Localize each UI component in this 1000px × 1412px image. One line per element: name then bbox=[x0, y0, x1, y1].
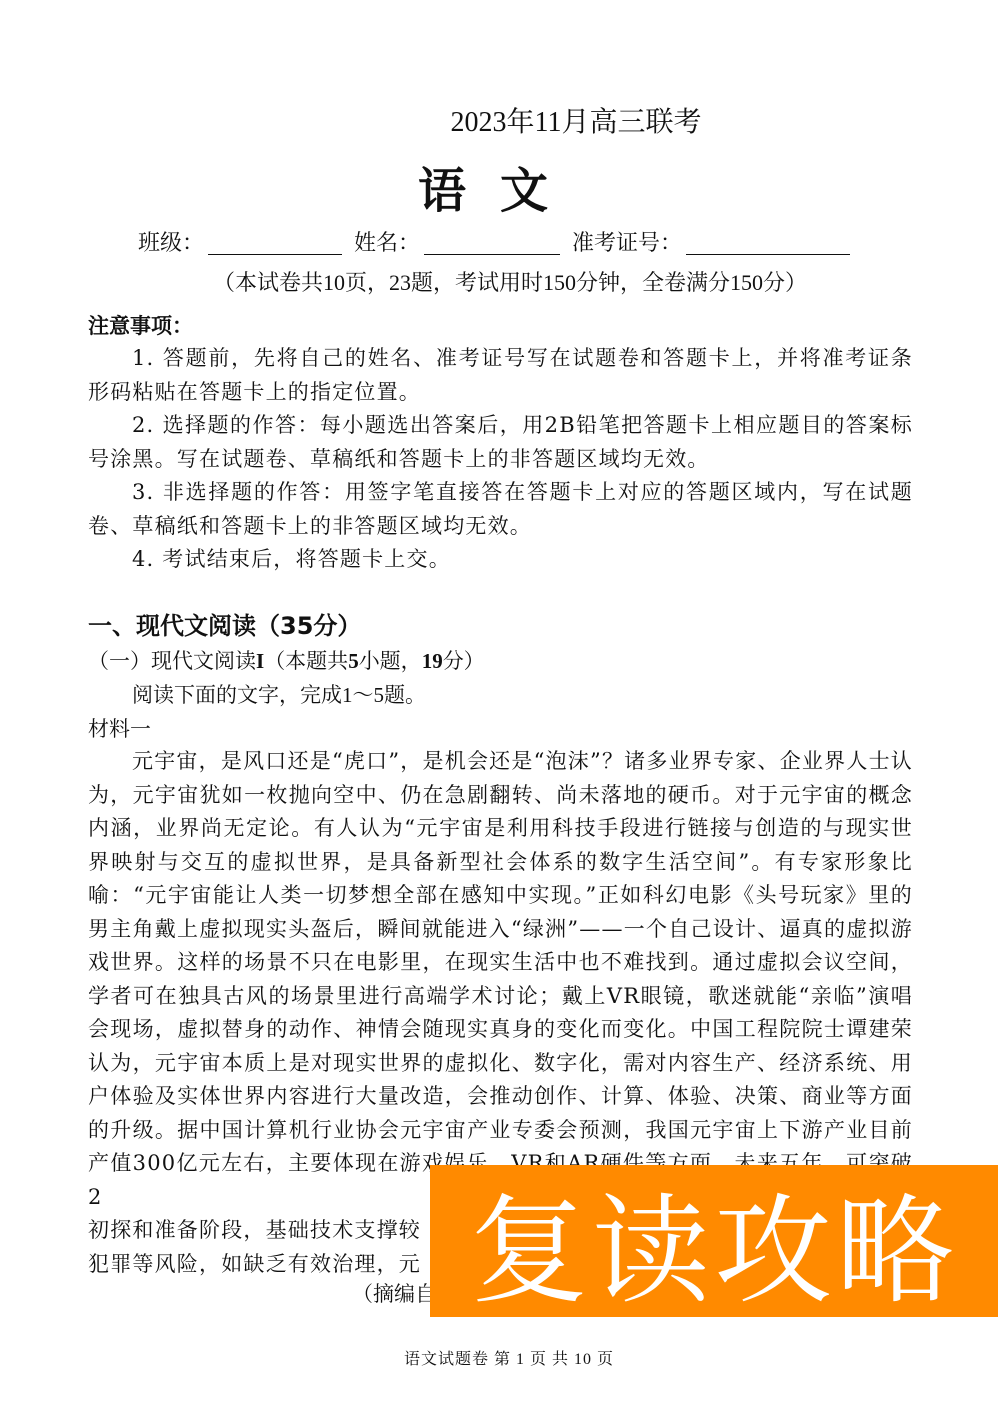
exam-id-blank-line bbox=[686, 230, 850, 255]
class-blank-line bbox=[208, 230, 342, 255]
subsection-points: 19 bbox=[422, 649, 443, 673]
passage-source: （摘编自 bbox=[352, 1278, 436, 1308]
exam-id-label: 准考证号： bbox=[572, 226, 682, 257]
subject-title: 语文 bbox=[0, 152, 1000, 221]
notice-list: 1. 答题前，先将自己的姓名、准考证号写在试题卷和答题卡上，并将准考证条形码粘贴… bbox=[88, 342, 913, 577]
watermark-banner: 复读攻略 bbox=[430, 1165, 998, 1317]
exam-title: 2023年11月高三联考 bbox=[0, 100, 1000, 140]
section-heading: 一、现代文阅读（35分） bbox=[88, 606, 361, 641]
student-info-row: 班级： 姓名： 准考证号： bbox=[138, 226, 862, 257]
notice-item: 1. 答题前，先将自己的姓名、准考证号写在试题卷和答题卡上，并将准考证条形码粘贴… bbox=[88, 342, 913, 409]
name-blank-line bbox=[424, 230, 560, 255]
exam-meta: （本试卷共10页，23题，考试用时150分钟，全卷满分150分） bbox=[0, 266, 1000, 297]
notice-item: 2. 选择题的作答：每小题选出答案后，用2B铅笔把答题卡上相应题目的答案标号涂黑… bbox=[88, 409, 913, 476]
notice-item: 3. 非选择题的作答：用签字笔直接答在答题卡上对应的答题区域内，写在试题卷、草稿… bbox=[88, 476, 913, 543]
subsection-close: 分） bbox=[443, 649, 485, 673]
notice-heading: 注意事项： bbox=[88, 310, 193, 340]
subsection-prefix: （一）现代文阅读 bbox=[88, 649, 256, 673]
exam-page: 2023年11月高三联考 语文 班级： 姓名： 准考证号： （本试卷共10页，2… bbox=[0, 0, 1000, 1412]
material-label: 材料一 bbox=[88, 713, 151, 743]
notice-item: 4. 考试结束后，将答题卡上交。 bbox=[88, 543, 913, 577]
page-footer: 语文试题卷 第 1 页 共 10 页 bbox=[0, 1346, 1000, 1369]
subsection-count: 5 bbox=[348, 649, 359, 673]
name-label: 姓名： bbox=[354, 226, 420, 257]
subsection-heading: （一）现代文阅读I（本题共5小题，19分） bbox=[88, 645, 485, 675]
reading-instruction: 阅读下面的文字，完成1～5题。 bbox=[132, 679, 426, 709]
subsection-mid: 小题， bbox=[359, 649, 422, 673]
subsection-open: （本题共 bbox=[264, 649, 348, 673]
passage-paragraph: 元宇宙，是风口还是“虎口”，是机会还是“泡沫”？诸多业界专家、企业界人士认为，元… bbox=[88, 745, 913, 1214]
class-label: 班级： bbox=[138, 226, 204, 257]
subsection-roman: I bbox=[256, 649, 264, 673]
